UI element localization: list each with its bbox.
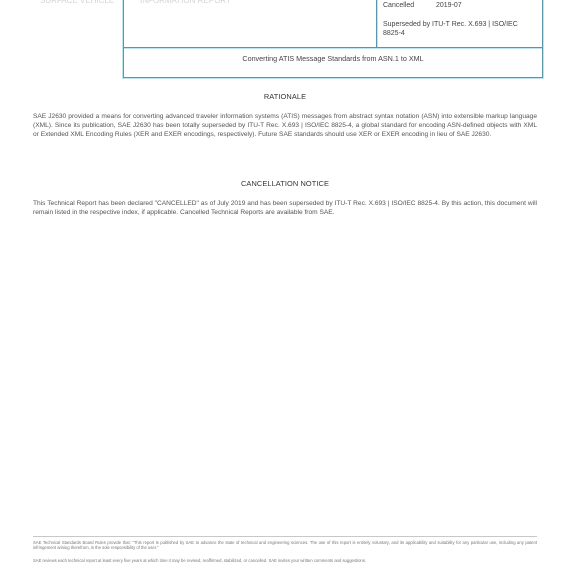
footer-divider [33, 536, 537, 537]
rationale-body: SAE J2630 provided a means for convertin… [33, 112, 537, 139]
header-top-row: Cancelled2019-07 Superseded by ITU-T Rec… [124, 0, 542, 48]
status-row: Cancelled2019-07 [383, 2, 462, 9]
footer-disclaimer: SAE Technical Standards Board Rules prov… [33, 540, 537, 550]
cut-off-header-text-left: SURFACE VEHICLE [40, 0, 114, 5]
document-page: SURFACE VEHICLE INFORMATION REPORT Cance… [0, 0, 570, 570]
status-label: Cancelled [383, 2, 436, 9]
document-title: Converting ATIS Message Standards from A… [124, 54, 542, 63]
header-divider [376, 0, 377, 47]
superseded-note: Superseded by ITU-T Rec. X.693 | ISO/IEC… [383, 20, 533, 38]
rationale-heading: RATIONALE [33, 92, 537, 101]
cancellation-heading: CANCELLATION NOTICE [33, 179, 537, 188]
footer-review-note: SAE reviews each technical report at lea… [33, 558, 537, 563]
status-date: 2019-07 [436, 2, 462, 9]
document-header-box: Cancelled2019-07 Superseded by ITU-T Rec… [123, 0, 543, 78]
cancellation-body: This Technical Report has been declared … [33, 199, 537, 217]
